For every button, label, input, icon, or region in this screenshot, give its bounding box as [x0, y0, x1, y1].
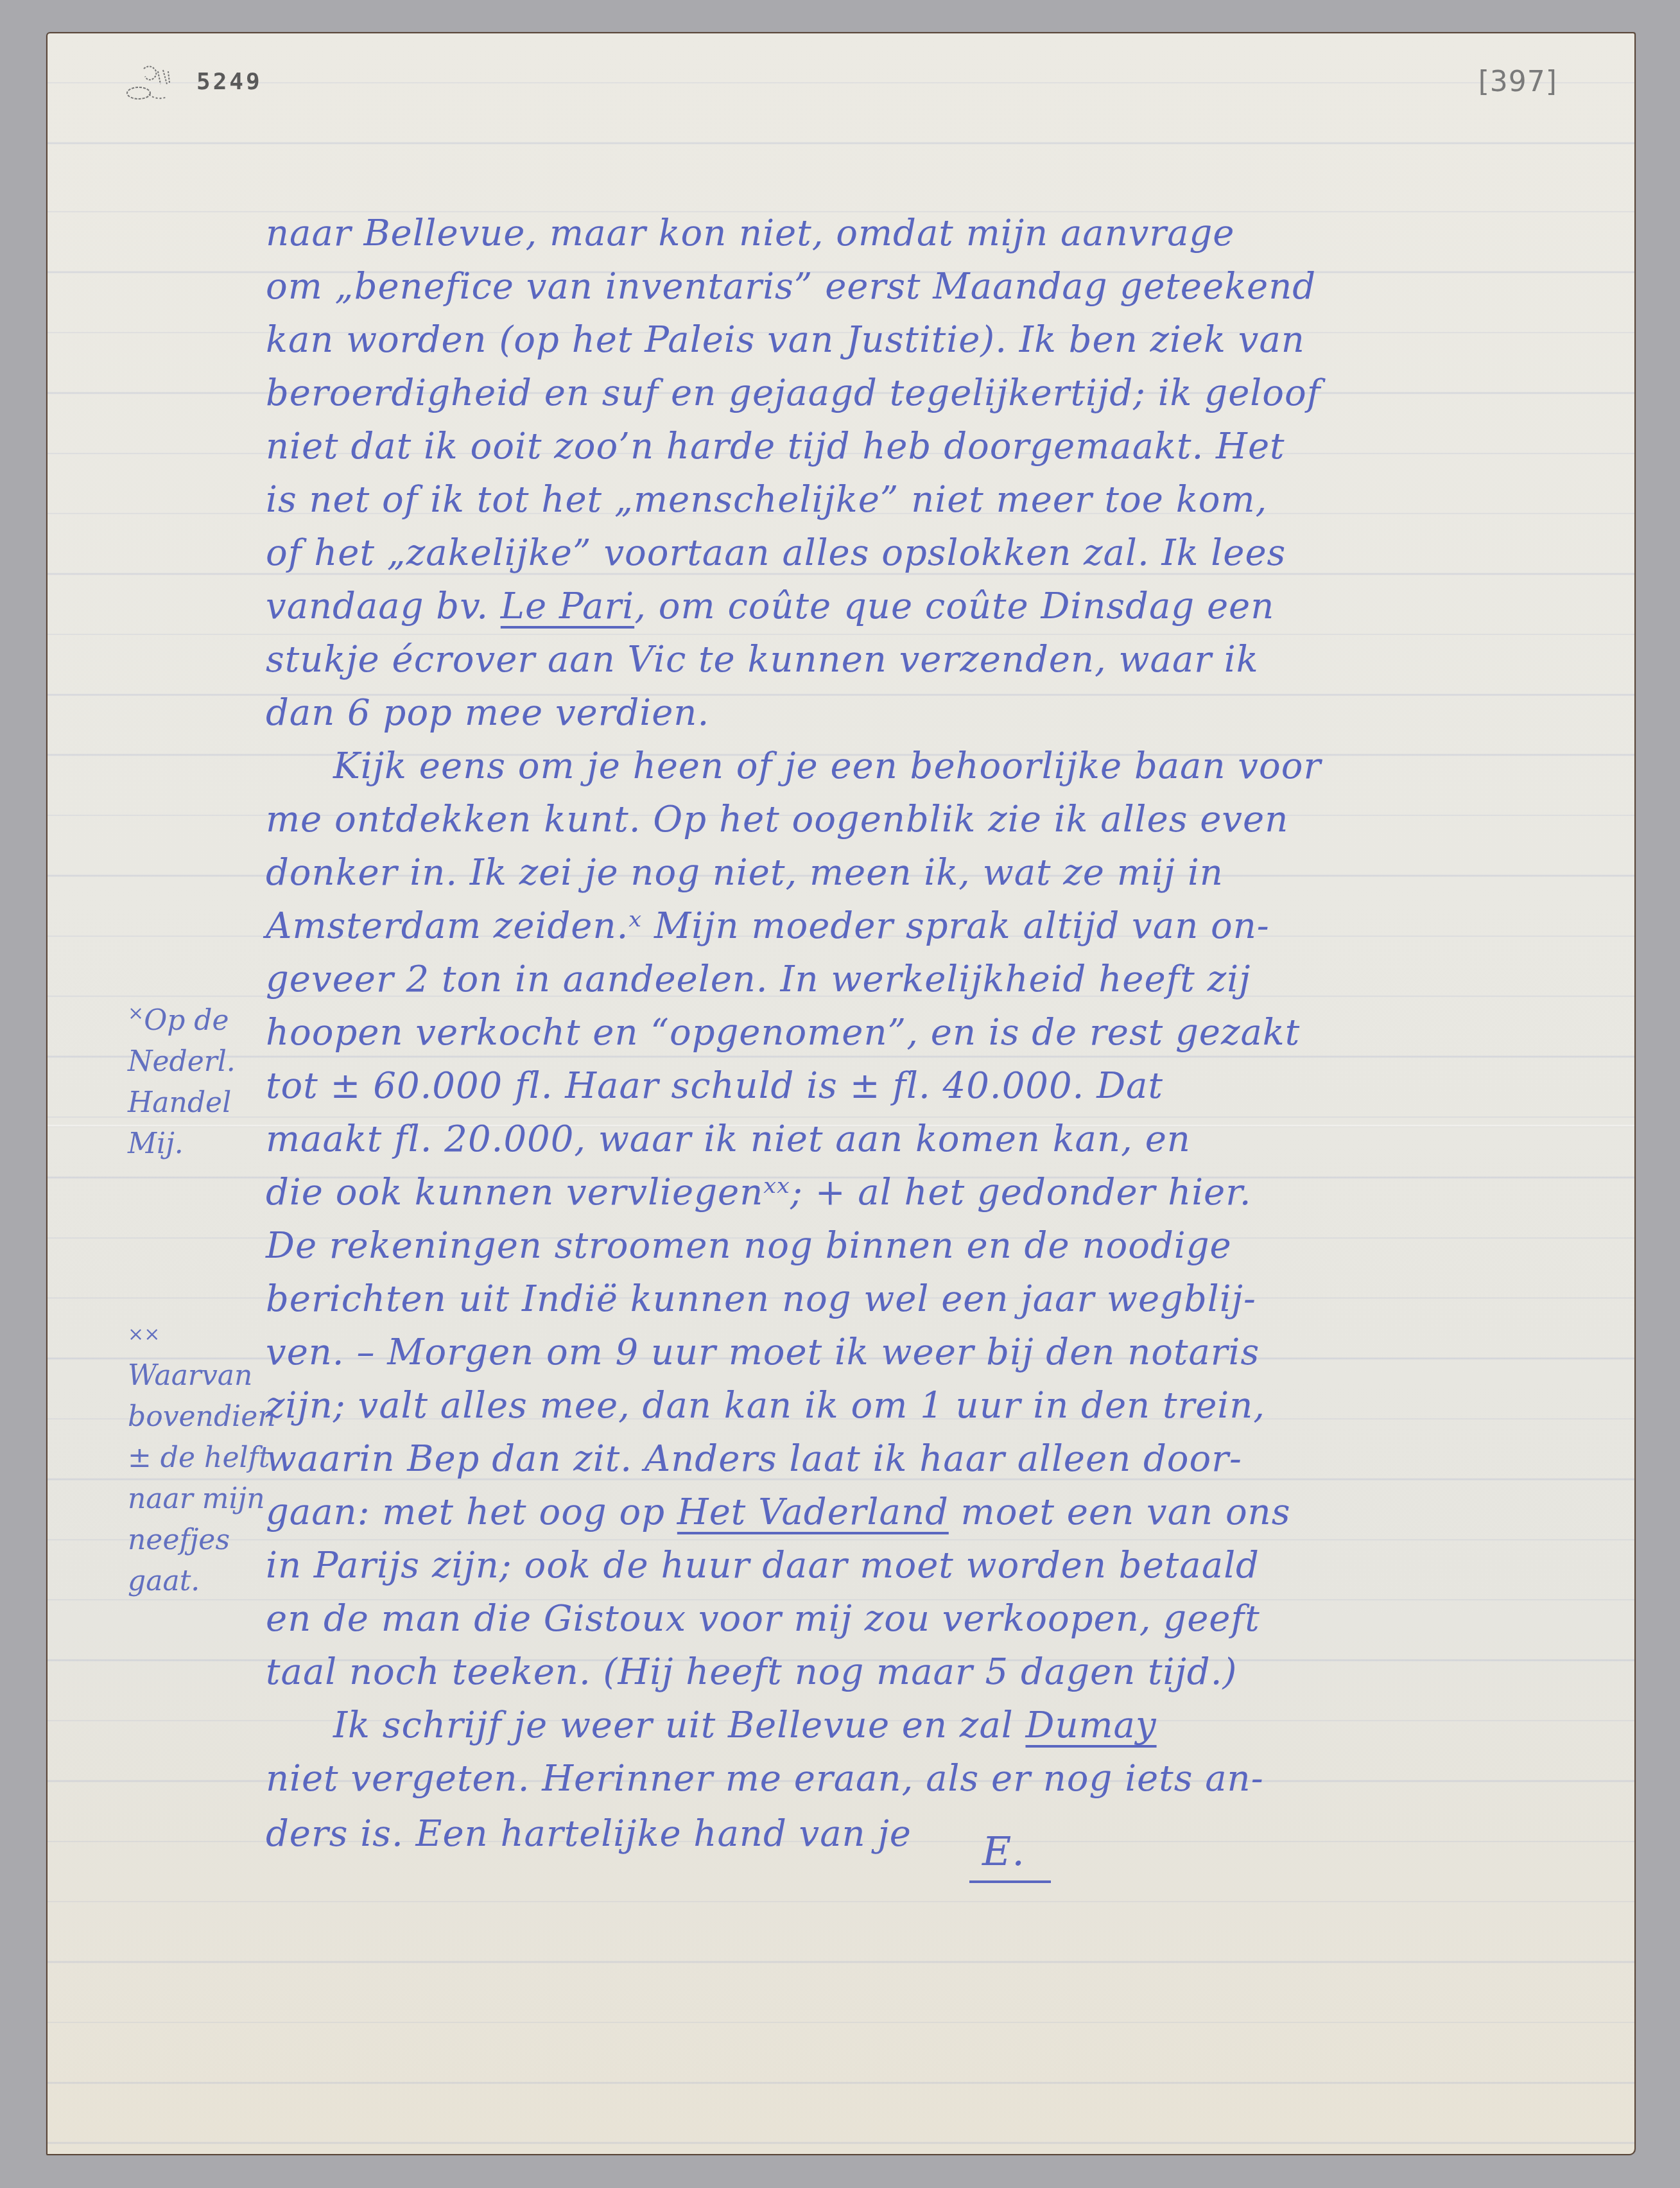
letter-line: zijn; valt alles mee, dan kan ik om 1 uu…	[266, 1379, 1614, 1432]
margin-note-line: Waarvan	[128, 1355, 275, 1396]
letter-line: waarin Bep dan zit. Anders laat ik haar …	[266, 1432, 1614, 1486]
line-segment: Ik schrijf je weer uit Bellevue en zal	[333, 1705, 1025, 1746]
letter-line: ven. – Morgen om 9 uur moet ik weer bij …	[266, 1326, 1614, 1379]
letter-line: ders is. Een hartelijke hand van jeE.	[266, 1805, 1614, 1859]
margin-note-line: Handel	[128, 1082, 275, 1124]
letter-line: kan worden (op het Paleis van Justitie).…	[266, 313, 1614, 367]
letter-line: me ontdekken kunt. Op het oogenblik zie …	[266, 793, 1614, 846]
letter-line: De rekeningen stroomen nog binnen en de …	[266, 1219, 1614, 1272]
margin-note-1: ×Op de Nederl. Handel Mij.	[128, 993, 275, 1165]
line-segment: , om coûte que coûte Dinsdag een	[634, 586, 1274, 627]
line-segment: moet een van ons	[949, 1491, 1291, 1533]
letter-body: naar Bellevue, maar kon niet, omdat mijn…	[266, 207, 1614, 1859]
underlined-title-le-pari: Le Pari	[501, 586, 634, 627]
letter-line: Amsterdam zeiden.ˣ Mijn moeder sprak alt…	[266, 899, 1614, 953]
margin-note-2: ×× Waarvan bovendien ± de helft naar mij…	[128, 1314, 275, 1602]
letter-page: 5249 [397] ×Op de Nederl. Handel Mij. ××…	[46, 32, 1636, 2155]
letter-line: dan 6 pop mee verdien.	[266, 686, 1614, 740]
letter-line: donker in. Ik zei je nog niet, meen ik, …	[266, 846, 1614, 899]
margin-note-line: Nederl.	[128, 1041, 275, 1082]
letter-line: en de man die Gistoux voor mij zou verko…	[266, 1592, 1614, 1645]
line-segment: gaan: met het oog op	[266, 1491, 677, 1533]
letter-line: Kijk eens om je heen of je een behoorlij…	[266, 740, 1614, 793]
folio-number: [397]	[1478, 65, 1557, 98]
letter-line: die ook kunnen vervliegenˣˣ; + al het ge…	[266, 1166, 1614, 1219]
closing-line: ders is. Een hartelijke hand van je	[266, 1813, 912, 1855]
letter-line: of het „zakelijke” voortaan alles opslok…	[266, 526, 1614, 580]
letter-line: vandaag bv. Le Pari, om coûte que coûte …	[266, 580, 1614, 633]
margin-note-line: neefjes	[128, 1520, 275, 1561]
letter-line: hoopen verkocht en “opgenomen”, en is de…	[266, 1006, 1614, 1059]
letter-line: Ik schrijf je weer uit Bellevue en zal D…	[266, 1699, 1614, 1752]
footnote-mark: ××	[128, 1314, 275, 1355]
letter-line: gaan: met het oog op Het Vaderland moet …	[266, 1486, 1614, 1539]
letter-line: niet vergeten. Herinner me eraan, als er…	[266, 1752, 1614, 1805]
underlined-name-dumay: Dumay	[1025, 1705, 1156, 1746]
line-segment: vandaag bv.	[266, 586, 501, 627]
margin-note-line: gaat.	[128, 1561, 275, 1602]
archive-logo-icon	[125, 62, 182, 101]
margin-note-line: bovendien	[128, 1396, 275, 1437]
letter-line: in Parijs zijn; ook de huur daar moet wo…	[266, 1539, 1614, 1592]
archive-stamp: 5249	[125, 62, 263, 101]
footnote-mark: ×	[128, 1002, 144, 1025]
letter-line: geveer 2 ton in aandeelen. In werkelijkh…	[266, 953, 1614, 1006]
margin-note-line: ± de helft	[128, 1437, 275, 1479]
letter-line: maakt fl. 20.000, waar ik niet aan komen…	[266, 1113, 1614, 1166]
letter-line: beroerdigheid en suf en gejaagd tegelijk…	[266, 367, 1614, 420]
archive-number: 5249	[196, 69, 263, 95]
letter-line: taal noch teeken. (Hij heeft nog maar 5 …	[266, 1645, 1614, 1699]
signature: E.	[969, 1825, 1051, 1883]
letter-line: naar Bellevue, maar kon niet, omdat mijn…	[266, 207, 1614, 260]
margin-note-line: Op de	[144, 1004, 229, 1037]
underlined-title-het-vaderland: Het Vaderland	[677, 1491, 949, 1533]
letter-line: stukje écrover aan Vic te kunnen verzend…	[266, 633, 1614, 686]
letter-line: is net of ik tot het „menschelijke” niet…	[266, 473, 1614, 526]
letter-line: tot ± 60.000 fl. Haar schuld is ± fl. 40…	[266, 1059, 1614, 1113]
letter-line: om „benefice van inventaris” eerst Maand…	[266, 260, 1614, 313]
margin-note-line: naar mijn	[128, 1479, 275, 1520]
letter-line: niet dat ik ooit zoo’n harde tijd heb do…	[266, 420, 1614, 473]
letter-line: berichten uit Indië kunnen nog wel een j…	[266, 1272, 1614, 1326]
margin-note-line: Mij.	[128, 1124, 275, 1165]
